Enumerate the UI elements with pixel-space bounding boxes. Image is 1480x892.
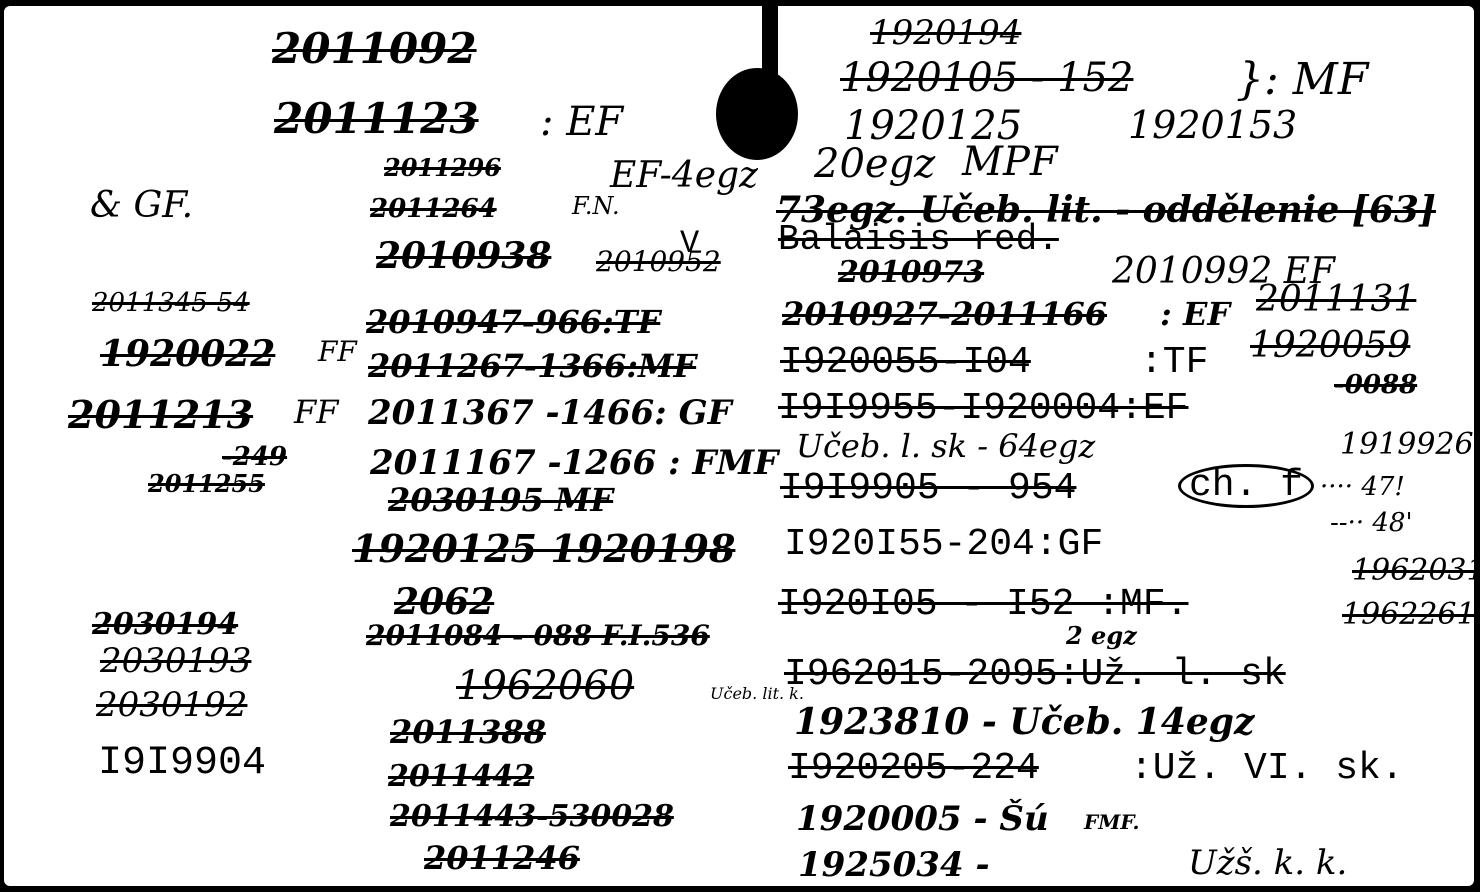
entry: 1962261 xyxy=(1342,600,1476,630)
punch-hole xyxy=(716,68,798,160)
entry: F.N. xyxy=(572,194,620,218)
entry: 2011267-1366:MF xyxy=(368,350,696,382)
entry: 1923810 - Učeb. 14egz xyxy=(794,704,1254,740)
entry: MPF xyxy=(962,142,1058,182)
entry: 1920059 xyxy=(1250,328,1410,364)
entry: -0088 xyxy=(1334,372,1417,398)
entry: :TF xyxy=(1140,344,1208,382)
entry: -249 xyxy=(222,444,287,470)
entry: 2030194 xyxy=(92,610,238,640)
entry: 2011123 xyxy=(274,98,479,140)
circled-note: ch. f xyxy=(1178,464,1314,508)
entry: 2011367 -1466: GF xyxy=(368,396,732,430)
entry: 1920125 1920198 xyxy=(352,530,735,568)
entry: 2011131 xyxy=(1256,282,1416,318)
entry: FF xyxy=(318,338,357,366)
entry: 1919926 xyxy=(1340,430,1474,460)
entry: 2011213 xyxy=(68,396,253,434)
entry: 2030195 MF xyxy=(388,484,613,516)
entry: 2011296 xyxy=(384,156,501,180)
entry: 1920005 - Šú xyxy=(796,802,1049,836)
entry: 2011255 xyxy=(148,472,265,496)
entry: 2010938 xyxy=(376,238,551,274)
entry: 2011388 xyxy=(390,716,546,748)
entry: : EF xyxy=(1160,298,1230,330)
entry: I920I55-204:GF xyxy=(784,526,1103,564)
entry: }: MF xyxy=(1236,58,1368,102)
entry: Užš. k. k. xyxy=(1188,846,1347,880)
entry: EF-4egz xyxy=(610,158,758,194)
entry: 1925034 - xyxy=(798,848,990,882)
entry: I962015-2095:Už. l. sk xyxy=(784,656,1286,694)
entry: I9I9955-I920004:EF xyxy=(778,390,1188,428)
entry: 2010973 xyxy=(838,258,984,288)
entry: --·· 48' xyxy=(1330,510,1413,536)
entry: :Už. VI. sk. xyxy=(1130,750,1404,788)
entry: 2010927-2011166 xyxy=(782,298,1107,330)
entry: 2011442 xyxy=(388,762,534,792)
entry: 2011264 xyxy=(370,196,497,222)
entry: 2011167 -1266 : FMF xyxy=(370,446,778,480)
entry: V xyxy=(680,228,699,260)
entry: 2011084 - 088 F.I.536 xyxy=(366,622,710,650)
entry: 2010952 xyxy=(596,248,721,276)
entry: FMF. xyxy=(1084,812,1140,832)
entry: ···· 47! xyxy=(1320,474,1405,500)
entry: 2062 xyxy=(394,584,494,620)
entry: 1962060 xyxy=(456,666,634,706)
entry: 1920194 xyxy=(870,16,1021,50)
entry: Balaisis red. xyxy=(778,222,1059,258)
entry: 2011345-54 xyxy=(92,290,250,316)
entry: 20egz xyxy=(814,144,935,184)
entry: 1962031 xyxy=(1352,556,1480,586)
entry: 1920153 xyxy=(1128,106,1297,144)
entry: 2010947-966:TF xyxy=(366,306,660,338)
catalog-card: 2011092 2011123 : EF & GF. 2011296 20112… xyxy=(4,6,1474,886)
entry: 2 egz xyxy=(1066,624,1137,648)
entry: I920205-224 xyxy=(788,750,1039,788)
entry: 2030192 xyxy=(96,688,247,722)
entry: : EF xyxy=(540,102,623,142)
card-notch xyxy=(762,6,778,76)
entry: FF xyxy=(294,396,338,428)
entry: 2030193 xyxy=(100,644,251,678)
entry: I9I9904 xyxy=(98,744,266,784)
entry: Učeb. l. sk - 64egz xyxy=(796,430,1095,462)
entry: 1920022 xyxy=(100,336,275,372)
entry: 2011092 xyxy=(272,28,477,70)
entry: 1920105 - 152 xyxy=(840,58,1133,98)
entry: 2011443-530028 xyxy=(390,802,674,832)
entry: 2011246 xyxy=(424,842,580,874)
entry: I920055-I04 xyxy=(780,344,1031,382)
entry: I9I9905 - 954 xyxy=(780,470,1076,508)
entry: & GF. xyxy=(90,188,193,224)
entry: I920I05 - I52 :MF. xyxy=(778,586,1188,624)
